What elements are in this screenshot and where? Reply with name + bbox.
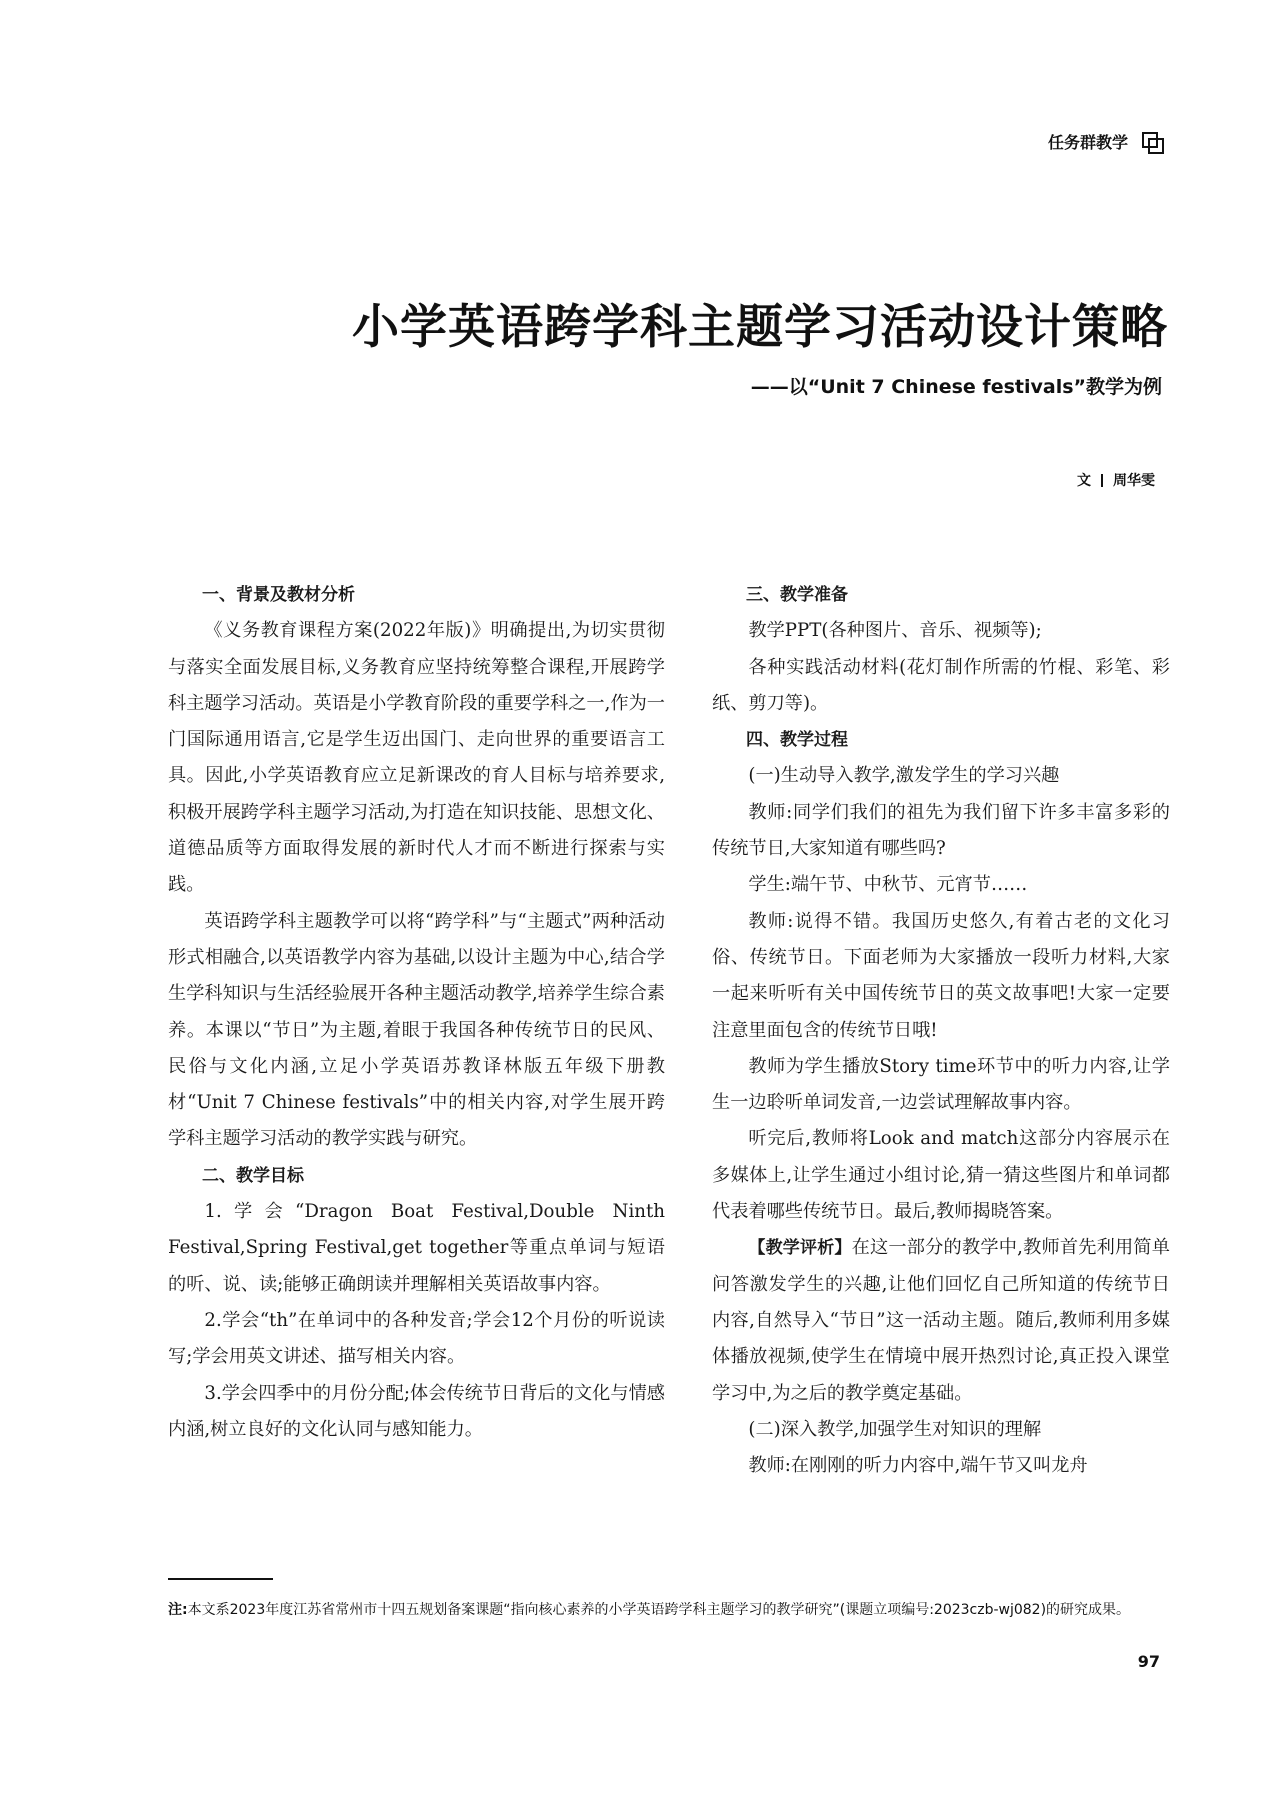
dialog-line: 教师:说得不错。我国历史悠久,有着古老的文化习俗、传统节日。下面老师为大家播放一… xyxy=(712,904,1170,1049)
goal-item: 3.学会四季中的月份分配;体会传统节日背后的文化与情感内涵,树立良好的文化认同与… xyxy=(168,1376,665,1449)
overlapping-squares-icon xyxy=(1142,132,1162,152)
dialog-line: 学生:端午节、中秋节、元宵节…… xyxy=(712,867,1170,903)
byline-prefix: 文 xyxy=(1077,470,1091,490)
dialog-line: 教师:同学们我们的祖先为我们留下许多丰富多彩的传统节日,大家知道有哪些吗? xyxy=(712,795,1170,868)
subsection-heading: (二)深入教学,加强学生对知识的理解 xyxy=(712,1412,1170,1448)
section-heading-preparation: 三、教学准备 xyxy=(712,577,1170,613)
dialog-line: 教师:在刚刚的听力内容中,端午节又叫龙舟 xyxy=(712,1448,1170,1484)
section-heading-background: 一、背景及教材分析 xyxy=(168,577,665,613)
paragraph: 教师为学生播放Story time环节中的听力内容,让学生一边聆听单词发音,一边… xyxy=(712,1049,1170,1122)
footnote-label: 注: xyxy=(168,1602,188,1618)
page-number: 97 xyxy=(1138,1652,1160,1671)
evaluation-paragraph: 【教学评析】在这一部分的教学中,教师首先利用简单问答激发学生的兴趣,让他们回忆自… xyxy=(712,1230,1170,1411)
paragraph: 各种实践活动材料(花灯制作所需的竹棍、彩笔、彩纸、剪刀等)。 xyxy=(712,650,1170,723)
evaluation-text: 在这一部分的教学中,教师首先利用简单问答激发学生的兴趣,让他们回忆自己所知道的传… xyxy=(712,1237,1170,1403)
section-label: 任务群教学 xyxy=(1048,130,1128,153)
running-head: 任务群教学 xyxy=(1048,130,1162,153)
footnote-text: 本文系2023年度江苏省常州市十四五规划备案课题“指向核心素养的小学英语跨学科主… xyxy=(188,1602,1130,1618)
article-title: 小学英语跨学科主题学习活动设计策略 xyxy=(352,290,1168,357)
footnote-rule xyxy=(168,1578,273,1580)
evaluation-label: 【教学评析】 xyxy=(748,1238,851,1258)
footnote: 注:本文系2023年度江苏省常州市十四五规划备案课题“指向核心素养的小学英语跨学… xyxy=(168,1596,1178,1624)
paragraph: 英语跨学科主题教学可以将“跨学科”与“主题式”两种活动形式相融合,以英语教学内容… xyxy=(168,904,665,1158)
right-column: 三、教学准备 教学PPT(各种图片、音乐、视频等); 各种实践活动材料(花灯制作… xyxy=(712,577,1170,1484)
goal-item: 2.学会“th”在单词中的各种发音;学会12个月份的听说读写;学会用英文讲述、描… xyxy=(168,1303,665,1376)
byline-divider xyxy=(1101,474,1103,487)
section-heading-process: 四、教学过程 xyxy=(712,722,1170,758)
paragraph: 听完后,教师将Look and match这部分内容展示在多媒体上,让学生通过小… xyxy=(712,1121,1170,1230)
paragraph: 教学PPT(各种图片、音乐、视频等); xyxy=(712,613,1170,649)
author-name: 周华雯 xyxy=(1113,470,1155,490)
left-column: 一、背景及教材分析 《义务教育课程方案(2022年版)》明确提出,为切实贯彻与落… xyxy=(168,577,665,1448)
article-subtitle: ——以“Unit 7 Chinese festivals”教学为例 xyxy=(751,372,1162,399)
paragraph: 《义务教育课程方案(2022年版)》明确提出,为切实贯彻与落实全面发展目标,义务… xyxy=(168,613,665,903)
byline: 文 周华雯 xyxy=(1077,470,1155,490)
subsection-heading: (一)生动导入教学,激发学生的学习兴趣 xyxy=(712,758,1170,794)
section-heading-goals: 二、教学目标 xyxy=(168,1158,665,1194)
goal-item: 1.学会“Dragon Boat Festival,Double Ninth F… xyxy=(168,1194,665,1303)
